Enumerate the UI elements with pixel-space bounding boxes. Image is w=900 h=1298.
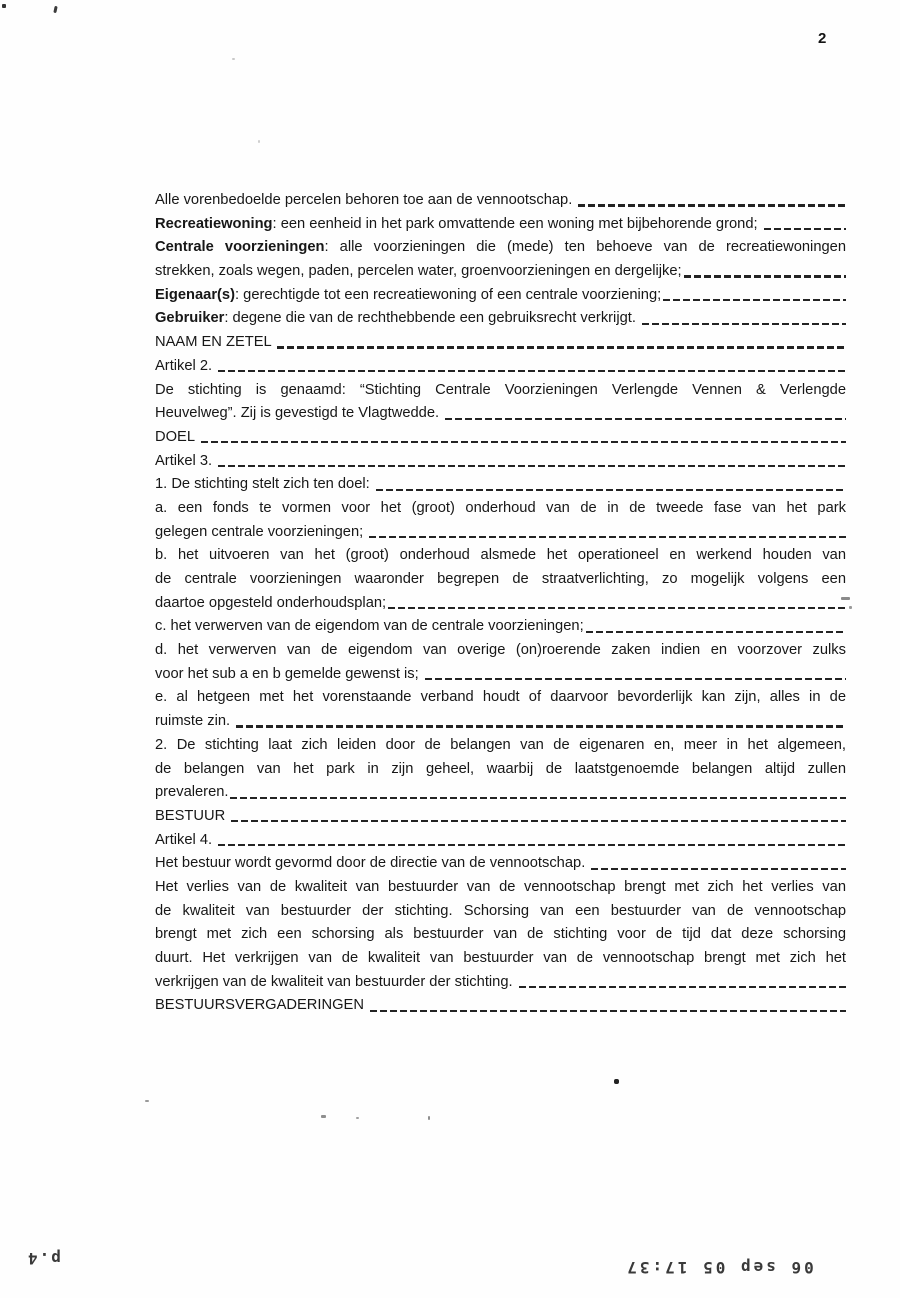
text-line-4: strekken, zoals wegen, paden, percelen w…: [155, 260, 846, 284]
line-text: Artikel 2.: [155, 355, 216, 379]
line-text: : degene die van de rechthebbende een ge…: [224, 307, 640, 331]
text-line-14: a. een fonds te vormen voor het (groot) …: [155, 497, 846, 521]
text-line-15: gelegen centrale voorzieningen;: [155, 521, 846, 545]
text-line-17: de centrale voorzieningen waaronder begr…: [155, 568, 846, 592]
text-line-20: d. het verwerven van de eigendom van ove…: [155, 639, 846, 663]
dash-leader: [236, 725, 846, 727]
text-line-2: Recreatiewoning: een eenheid in het park…: [155, 213, 846, 237]
line-text: Artikel 4.: [155, 829, 216, 853]
line-text: ruimste zin.: [155, 710, 234, 734]
line-text: Alle vorenbedoelde percelen behoren toe …: [155, 189, 576, 213]
text-line-23: ruimste zin.: [155, 710, 846, 734]
dash-leader: [277, 346, 846, 348]
text-line-24: 2. De stichting laat zich leiden door de…: [155, 734, 846, 758]
scan-artifact: [53, 6, 57, 13]
line-text: BESTUUR: [155, 805, 229, 829]
dash-leader: [684, 275, 846, 277]
dash-leader: [218, 844, 846, 846]
text-line-5: Eigenaar(s): gerechtigde tot een recreat…: [155, 284, 846, 308]
line-text: Het verlies van de kwaliteit van bestuur…: [155, 879, 846, 895]
dash-leader: [578, 204, 846, 206]
text-line-9: De stichting is genaamd: “Stichting Cent…: [155, 379, 846, 403]
dash-leader: [425, 678, 846, 680]
dash-leader: [201, 441, 846, 443]
line-text: de belangen van het park in zijn geheel,…: [155, 761, 846, 777]
text-line-10: Heuvelweg”. Zij is gevestigd te Vlagtwed…: [155, 402, 846, 426]
line-text: brengt met zich een schorsing als bestuu…: [155, 926, 846, 942]
dash-leader: [764, 228, 846, 230]
line-text: prevaleren.: [155, 781, 228, 805]
scan-artifact: [258, 140, 260, 143]
line-text: BESTUURSVERGADERINGEN: [155, 994, 368, 1018]
text-line-34: verkrijgen van de kwaliteit van bestuurd…: [155, 971, 846, 995]
text-line-26: prevaleren.: [155, 781, 846, 805]
text-line-27: BESTUUR: [155, 805, 846, 829]
line-text: verkrijgen van de kwaliteit van bestuurd…: [155, 971, 517, 995]
fax-footer-timestamp: 06 sep 05 17:37: [604, 1258, 834, 1277]
dash-leader: [231, 820, 846, 822]
text-line-31: de kwaliteit van bestuurder der stichtin…: [155, 900, 846, 924]
defined-term: Eigenaar(s): [155, 284, 235, 308]
scan-artifact: [614, 1079, 619, 1084]
scanned-fax-page: { "page": { "number": "2" }, "fax": { "f…: [0, 0, 900, 1298]
line-text: e. al hetgeen met het vorenstaande verba…: [155, 689, 846, 705]
line-text: voor het sub a en b gemelde gewenst is;: [155, 663, 423, 687]
scan-artifact: [145, 1100, 149, 1102]
text-line-33: duurt. Het verkrijgen van de kwaliteit v…: [155, 947, 846, 971]
text-line-6: Gebruiker: degene die van de rechthebben…: [155, 307, 846, 331]
text-line-25: de belangen van het park in zijn geheel,…: [155, 758, 846, 782]
defined-term: Recreatiewoning: [155, 213, 273, 237]
text-line-19: c. het verwerven van de eigendom van de …: [155, 615, 846, 639]
scan-artifact: [356, 1117, 359, 1119]
dash-leader: [230, 797, 846, 799]
text-line-21: voor het sub a en b gemelde gewenst is;: [155, 663, 846, 687]
text-line-12: Artikel 3.: [155, 450, 846, 474]
line-text: : alle voorzieningen die (mede) ten beho…: [324, 239, 846, 255]
fax-footer-page: p.4: [26, 1249, 61, 1268]
line-text: c. het verwerven van de eigendom van de …: [155, 615, 584, 639]
dash-leader: [218, 465, 846, 467]
scan-artifact: [428, 1116, 430, 1120]
line-text: Het bestuur wordt gevormd door de direct…: [155, 852, 589, 876]
text-line-18: daartoe opgesteld onderhoudsplan;: [155, 592, 846, 616]
dash-leader: [218, 370, 846, 372]
line-text: Artikel 3.: [155, 450, 216, 474]
text-line-1: Alle vorenbedoelde percelen behoren toe …: [155, 189, 846, 213]
line-text: de kwaliteit van bestuurder der stichtin…: [155, 903, 846, 919]
dash-leader: [388, 607, 846, 609]
text-line-13: 1. De stichting stelt zich ten doel:: [155, 473, 846, 497]
text-line-11: DOEL: [155, 426, 846, 450]
line-text: duurt. Het verkrijgen van de kwaliteit v…: [155, 950, 846, 966]
line-text: De stichting is genaamd: “Stichting Cent…: [155, 382, 846, 398]
scan-artifact: [849, 606, 852, 609]
line-text: gelegen centrale voorzieningen;: [155, 521, 367, 545]
line-text: a. een fonds te vormen voor het (groot) …: [155, 500, 846, 516]
text-line-35: BESTUURSVERGADERINGEN: [155, 994, 846, 1018]
text-line-28: Artikel 4.: [155, 829, 846, 853]
line-text: : een eenheid in het park omvattende een…: [273, 213, 762, 237]
scan-artifact: [232, 58, 235, 60]
dash-leader: [519, 986, 846, 988]
dash-leader: [642, 323, 846, 325]
text-line-22: e. al hetgeen met het vorenstaande verba…: [155, 686, 846, 710]
dash-leader: [376, 489, 846, 491]
text-line-8: Artikel 2.: [155, 355, 846, 379]
defined-term: Centrale voorzieningen: [155, 239, 324, 255]
defined-term: Gebruiker: [155, 307, 224, 331]
line-text: daartoe opgesteld onderhoudsplan;: [155, 592, 386, 616]
dash-leader: [663, 299, 846, 301]
text-line-30: Het verlies van de kwaliteit van bestuur…: [155, 876, 846, 900]
document-body: Alle vorenbedoelde percelen behoren toe …: [155, 189, 846, 1018]
line-text: b. het uitvoeren van het (groot) onderho…: [155, 547, 846, 563]
line-text: 2. De stichting laat zich leiden door de…: [155, 737, 846, 753]
line-text: Heuvelweg”. Zij is gevestigd te Vlagtwed…: [155, 402, 443, 426]
line-text: d. het verwerven van de eigendom van ove…: [155, 642, 846, 658]
dash-leader: [586, 631, 846, 633]
text-line-3: Centrale voorzieningen: alle voorziening…: [155, 236, 846, 260]
line-text: de centrale voorzieningen waaronder begr…: [155, 571, 846, 587]
dash-leader: [370, 1010, 846, 1012]
line-text: strekken, zoals wegen, paden, percelen w…: [155, 260, 682, 284]
scan-artifact: [321, 1115, 326, 1118]
line-text: : gerechtigde tot een recreatiewoning of…: [235, 284, 661, 308]
dash-leader: [591, 868, 846, 870]
scan-artifact: [2, 4, 6, 8]
text-line-16: b. het uitvoeren van het (groot) onderho…: [155, 544, 846, 568]
line-text: DOEL: [155, 426, 199, 450]
dash-leader: [369, 536, 846, 538]
line-text: 1. De stichting stelt zich ten doel:: [155, 473, 374, 497]
text-line-7: NAAM EN ZETEL: [155, 331, 846, 355]
page-number: 2: [818, 30, 826, 47]
text-line-29: Het bestuur wordt gevormd door de direct…: [155, 852, 846, 876]
line-text: NAAM EN ZETEL: [155, 331, 275, 355]
text-line-32: brengt met zich een schorsing als bestuu…: [155, 923, 846, 947]
dash-leader: [445, 418, 846, 420]
